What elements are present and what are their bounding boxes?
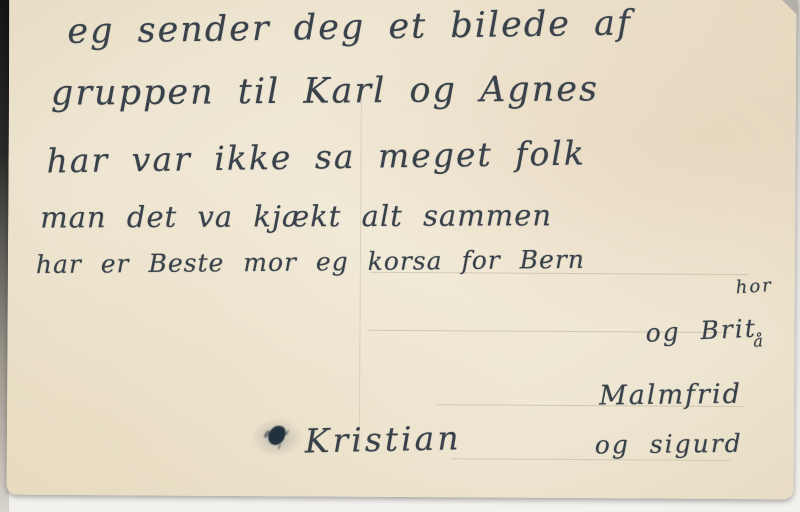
name-text: og Brit	[645, 314, 758, 348]
handwritten-name: og sigurd	[595, 429, 743, 460]
postcard-back: eg sender deg et bilede af gruppen til K…	[6, 0, 796, 499]
handwritten-line: gruppen til Karl og Agnes	[51, 69, 599, 113]
handwritten-name: og Britå	[645, 313, 769, 348]
signature: Kristian	[304, 418, 461, 460]
handwritten-name: Malmfrid	[599, 379, 742, 412]
handwritten-line: eg sender deg et bilede af	[67, 3, 632, 51]
handwritten-line: man det va kjækt alt sammen	[40, 198, 552, 234]
name-subscript: å	[753, 331, 765, 351]
handwritten-wrapped-word: hor	[735, 275, 773, 298]
clipped-corner	[776, 0, 798, 16]
address-rule-line	[451, 458, 731, 461]
handwritten-line: har er Beste mor eg korsa for Bern	[36, 245, 585, 279]
handwritten-line: har var ikke sa meget folk	[46, 133, 586, 180]
